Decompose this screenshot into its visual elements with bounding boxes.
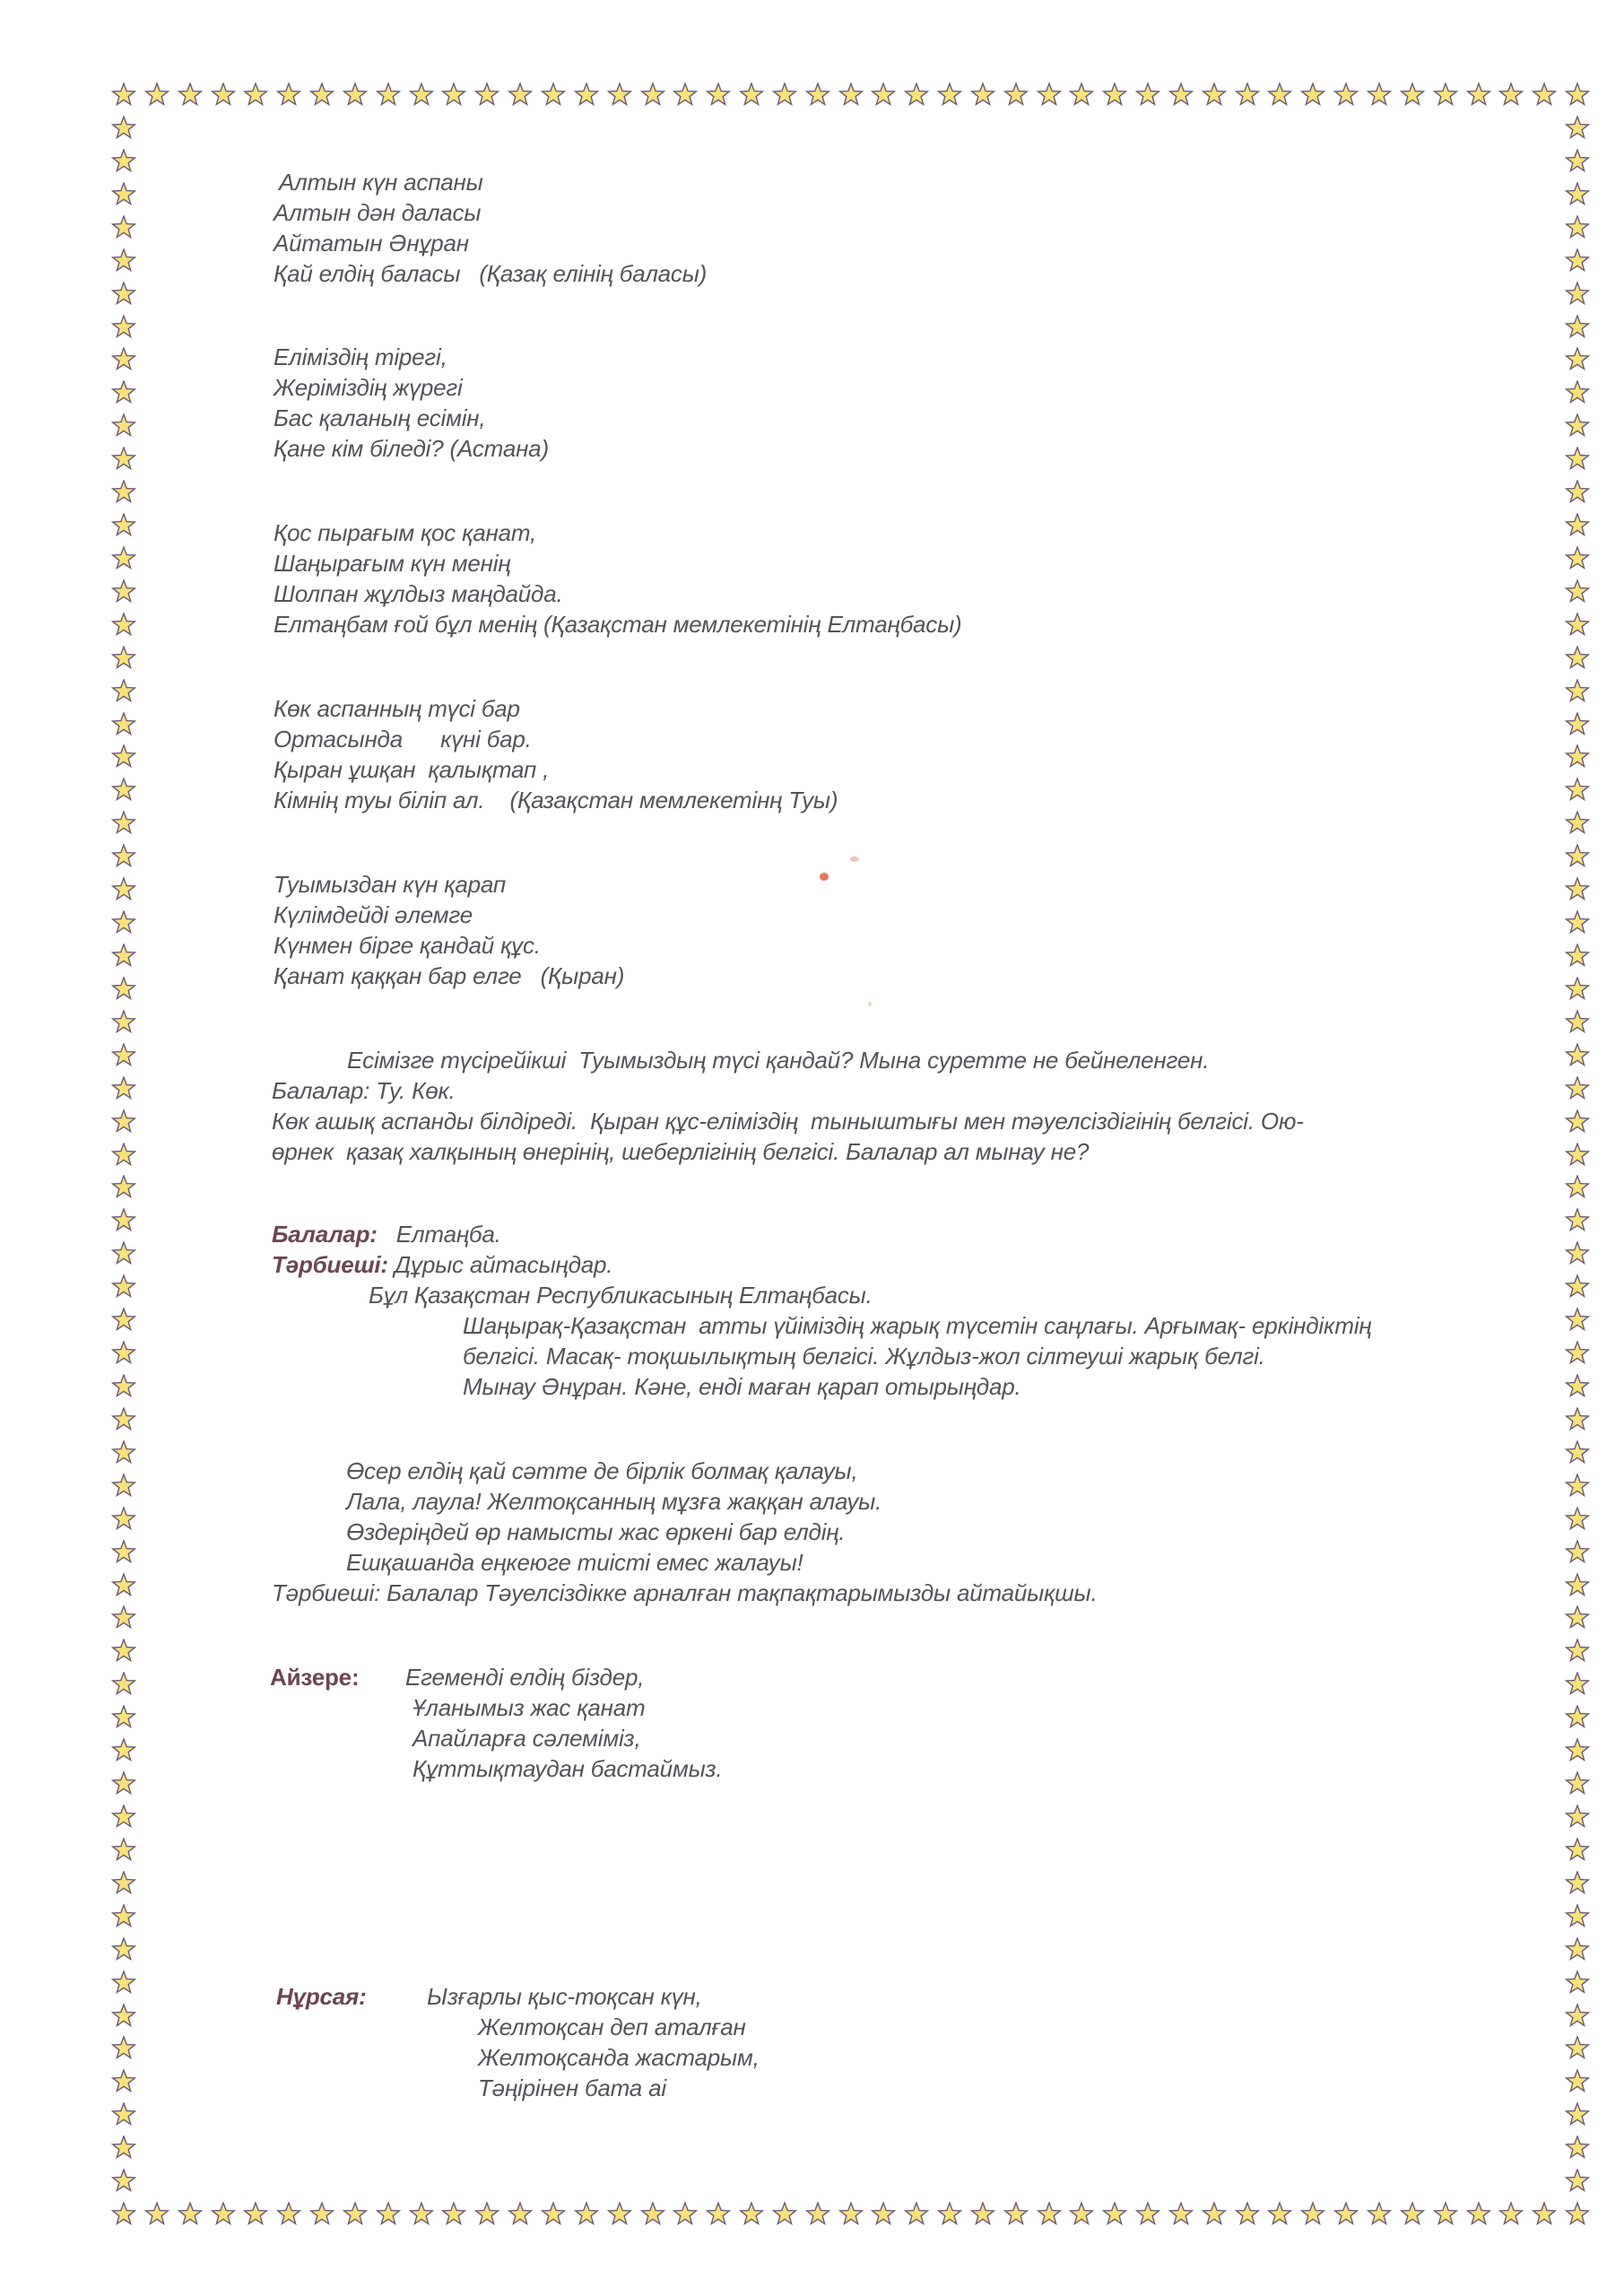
star-icon bbox=[111, 744, 136, 770]
star-icon bbox=[1565, 282, 1590, 307]
star-icon bbox=[111, 1838, 136, 1863]
riddle-line: Алтын күн аспаны bbox=[279, 169, 483, 196]
star-icon bbox=[111, 1605, 136, 1631]
star-icon bbox=[211, 83, 236, 108]
star-icon bbox=[111, 447, 136, 472]
star-icon bbox=[871, 2202, 896, 2227]
dialog-teacher: Тәрбиеші: Дұрыс айтасыңдар. bbox=[272, 1251, 612, 1278]
star-icon bbox=[1565, 679, 1590, 704]
star-icon bbox=[1168, 83, 1194, 108]
star-icon bbox=[1565, 1771, 1590, 1796]
star-icon bbox=[1565, 347, 1590, 372]
star-icon bbox=[1498, 2202, 1524, 2227]
star-icon bbox=[1565, 116, 1590, 141]
star-icon bbox=[111, 877, 136, 902]
star-icon bbox=[1367, 2202, 1392, 2227]
star-icon bbox=[1202, 2202, 1227, 2227]
star-icon bbox=[111, 215, 136, 240]
star-icon bbox=[1565, 613, 1590, 638]
star-icon bbox=[111, 1241, 136, 1266]
star-icon bbox=[1532, 83, 1557, 108]
star-icon bbox=[1565, 910, 1590, 935]
star-icon bbox=[1565, 2036, 1590, 2061]
star-icon bbox=[111, 1904, 136, 1929]
star-icon bbox=[1565, 480, 1590, 505]
star-icon bbox=[1003, 83, 1029, 108]
star-icon bbox=[111, 1308, 136, 1333]
star-icon bbox=[1433, 83, 1458, 108]
star-icon bbox=[111, 282, 136, 307]
star-icon bbox=[1565, 1341, 1590, 1366]
star-icon bbox=[111, 1540, 136, 1565]
star-icon bbox=[1565, 315, 1590, 340]
recitation-line: Егеменді елдің біздер, bbox=[405, 1664, 644, 1691]
star-icon bbox=[1565, 646, 1590, 671]
star-icon bbox=[1565, 1937, 1590, 1962]
star-icon bbox=[376, 83, 401, 108]
star-icon bbox=[1565, 1076, 1590, 1101]
riddle-line: Еліміздің тірегі, bbox=[274, 344, 447, 370]
star-icon bbox=[111, 2004, 136, 2029]
riddle-line: Қай елдің баласы (Қазақ елінің баласы) bbox=[274, 260, 707, 287]
star-icon bbox=[111, 1208, 136, 1233]
star-icon bbox=[343, 83, 368, 108]
star-icon bbox=[111, 347, 136, 372]
recitation-line: Құттықтаудан бастаймыз. bbox=[413, 1755, 722, 1782]
riddle-line: Көк аспанның түсі бар bbox=[274, 695, 520, 722]
star-icon bbox=[1565, 1970, 1590, 1996]
star-icon bbox=[937, 83, 962, 108]
discussion-question: Есімізге түсірейікші Туымыздың түсі қанд… bbox=[347, 1047, 1209, 1074]
star-icon bbox=[1433, 2202, 1458, 2227]
star-icon bbox=[111, 579, 136, 604]
star-icon bbox=[1565, 1540, 1590, 1565]
star-icon bbox=[838, 2202, 864, 2227]
star-icon bbox=[1565, 83, 1590, 108]
star-icon bbox=[706, 83, 731, 108]
star-icon bbox=[111, 149, 136, 174]
star-icon bbox=[1565, 546, 1590, 571]
star-icon bbox=[1565, 2069, 1590, 2094]
star-icon bbox=[409, 2202, 434, 2227]
star-icon bbox=[111, 2036, 136, 2061]
star-icon bbox=[1565, 2135, 1590, 2161]
star-icon bbox=[111, 116, 136, 141]
star-icon bbox=[1565, 1605, 1590, 1631]
star-icon bbox=[409, 83, 434, 108]
star-icon bbox=[243, 83, 268, 108]
riddle-line: Жеріміздің жүрегі bbox=[274, 374, 463, 401]
star-icon bbox=[309, 83, 334, 108]
star-icon bbox=[1498, 83, 1524, 108]
star-icon bbox=[1565, 513, 1590, 538]
speaker-label: Айзере: bbox=[270, 1664, 359, 1691]
star-icon bbox=[343, 2202, 368, 2227]
dialog-line: Бұл Қазақстан Республикасының Елтаңбасы. bbox=[369, 1282, 873, 1309]
star-icon bbox=[1069, 2202, 1094, 2227]
star-icon bbox=[871, 83, 896, 108]
star-icon bbox=[1367, 83, 1392, 108]
riddle-line: Шаңырағым күн менің bbox=[274, 550, 510, 577]
teacher-prompt: Тәрбиеші: Балалар Тәуелсіздікке арналған… bbox=[272, 1579, 1098, 1606]
star-icon bbox=[1565, 1407, 1590, 1432]
star-icon bbox=[1333, 2202, 1359, 2227]
star-icon bbox=[1267, 2202, 1292, 2227]
speaker-label: Нұрсая: bbox=[276, 1983, 367, 2010]
star-icon bbox=[111, 1274, 136, 1300]
star-icon bbox=[574, 83, 599, 108]
star-icon bbox=[111, 1143, 136, 1168]
star-icon bbox=[1135, 2202, 1160, 2227]
dialog-text: Елтаңба. bbox=[396, 1221, 501, 1248]
star-icon bbox=[1565, 1308, 1590, 1333]
dialog-line: белгісі. Масақ- тоқшылықтың белгісі. Жұл… bbox=[463, 1343, 1265, 1370]
star-icon bbox=[111, 1507, 136, 1532]
star-icon bbox=[541, 2202, 566, 2227]
star-icon bbox=[111, 1705, 136, 1730]
star-icon bbox=[376, 2202, 401, 2227]
star-icon bbox=[111, 413, 136, 439]
star-icon bbox=[1565, 1440, 1590, 1465]
riddle-line: Кімнің туы біліп ал. (Қазақстан мемлекет… bbox=[274, 787, 838, 813]
star-icon bbox=[1565, 215, 1590, 240]
star-icon bbox=[1400, 83, 1425, 108]
star-icon bbox=[111, 2135, 136, 2161]
scan-speck bbox=[868, 1002, 872, 1006]
star-icon bbox=[706, 2202, 731, 2227]
star-icon bbox=[1565, 1043, 1590, 1068]
star-icon bbox=[111, 2202, 136, 2227]
star-icon bbox=[607, 83, 632, 108]
star-icon bbox=[772, 2202, 797, 2227]
star-icon bbox=[111, 315, 136, 340]
star-icon bbox=[640, 2202, 665, 2227]
star-icon bbox=[1565, 248, 1590, 274]
star-icon bbox=[1565, 811, 1590, 836]
star-icon bbox=[111, 1010, 136, 1035]
riddle-line: Туымыздан күн қарап bbox=[274, 871, 506, 898]
star-icon bbox=[1300, 2202, 1325, 2227]
star-icon bbox=[111, 2069, 136, 2094]
star-icon bbox=[111, 380, 136, 405]
star-icon bbox=[1565, 1705, 1590, 1730]
star-icon bbox=[111, 1639, 136, 1664]
star-icon bbox=[1003, 2202, 1029, 2227]
speaker-label: Балалар: bbox=[272, 1221, 378, 1248]
star-icon bbox=[111, 480, 136, 505]
star-icon bbox=[1565, 844, 1590, 869]
star-icon bbox=[111, 1771, 136, 1796]
star-icon bbox=[1565, 149, 1590, 174]
star-icon bbox=[1565, 1143, 1590, 1168]
star-icon bbox=[111, 944, 136, 969]
star-icon bbox=[1565, 1738, 1590, 1763]
star-icon bbox=[772, 83, 797, 108]
star-icon bbox=[673, 2202, 698, 2227]
star-icon bbox=[1565, 2202, 1590, 2227]
star-icon bbox=[111, 83, 136, 108]
star-icon bbox=[111, 613, 136, 638]
star-icon bbox=[1565, 447, 1590, 472]
star-icon bbox=[508, 2202, 533, 2227]
star-icon bbox=[111, 646, 136, 671]
star-icon bbox=[111, 1474, 136, 1499]
star-icon bbox=[838, 83, 864, 108]
riddle-line: Елтаңбам ғой бұл менің (Қазақстан мемлек… bbox=[274, 611, 961, 638]
star-icon bbox=[111, 977, 136, 1002]
poem-line: Лала, лаула! Желтоқсанның мұзға жаққан а… bbox=[346, 1488, 881, 1515]
star-icon bbox=[1466, 2202, 1491, 2227]
star-icon bbox=[1400, 2202, 1425, 2227]
poem-line: Өсер елдің қай сәтте де бірлік болмақ қа… bbox=[346, 1457, 858, 1484]
star-icon bbox=[111, 1043, 136, 1068]
riddle-line: Ортасында күні бар. bbox=[274, 726, 532, 752]
star-icon bbox=[970, 83, 995, 108]
recitation-line: Апайларға сәлеміміз, bbox=[413, 1725, 640, 1752]
recitation-line: Тәңірінен бата аі bbox=[478, 2074, 666, 2101]
star-icon bbox=[1565, 877, 1590, 902]
star-icon bbox=[1135, 83, 1160, 108]
star-icon bbox=[111, 1407, 136, 1432]
star-icon bbox=[1466, 83, 1491, 108]
dialog-line: Шаңырақ-Қазақстан атты үйіміздің жарық т… bbox=[463, 1312, 1372, 1339]
riddle-line: Күлімдейді әлемге bbox=[274, 901, 473, 928]
star-icon bbox=[178, 83, 203, 108]
star-icon bbox=[1565, 1904, 1590, 1929]
recitation-line: Желтоқсан деп аталған bbox=[478, 2013, 746, 2040]
recitation-line: Ұланымыз жас қанат bbox=[413, 1694, 645, 1721]
star-icon bbox=[111, 182, 136, 207]
star-icon bbox=[309, 2202, 334, 2227]
star-icon bbox=[111, 1341, 136, 1366]
star-icon bbox=[276, 83, 301, 108]
star-icon bbox=[111, 248, 136, 274]
star-icon bbox=[1532, 2202, 1557, 2227]
star-icon bbox=[1565, 380, 1590, 405]
dialog-text: Дұрыс айтасыңдар. bbox=[395, 1251, 612, 1278]
riddle-line: Шолпан жұлдыз маңдайда. bbox=[274, 580, 562, 607]
star-icon bbox=[243, 2202, 268, 2227]
star-icon bbox=[739, 83, 764, 108]
riddle-line: Күнмен бірге қандай құс. bbox=[274, 932, 541, 959]
poem-line: Өздеріңдей өр намысты жас өркені бар елд… bbox=[346, 1518, 845, 1545]
star-icon bbox=[111, 1440, 136, 1465]
discussion-answer: Балалар: Ту. Көк. bbox=[272, 1077, 456, 1104]
star-icon bbox=[1565, 1805, 1590, 1830]
star-icon bbox=[441, 83, 466, 108]
star-icon bbox=[111, 546, 136, 571]
speaker-label: Тәрбиеші: bbox=[272, 1251, 388, 1278]
star-icon bbox=[1565, 1208, 1590, 1233]
dialog-children: Балалар: Елтаңба. bbox=[272, 1221, 501, 1248]
star-icon bbox=[970, 2202, 995, 2227]
star-icon bbox=[574, 2202, 599, 2227]
star-icon bbox=[441, 2202, 466, 2227]
star-icon bbox=[1565, 1109, 1590, 1135]
star-icon bbox=[1102, 83, 1127, 108]
discussion-explanation: Көк ашық аспанды білдіреді. Қыран құс-ел… bbox=[272, 1108, 1304, 1135]
star-icon bbox=[111, 2102, 136, 2127]
riddle-line: Қыран ұшқан қалықтап , bbox=[274, 756, 549, 783]
discussion-explanation: өрнек қазақ халқының өнерінің, шеберлігі… bbox=[272, 1138, 1089, 1165]
star-icon bbox=[1235, 83, 1260, 108]
star-icon bbox=[276, 2202, 301, 2227]
star-icon bbox=[111, 513, 136, 538]
star-icon bbox=[178, 2202, 203, 2227]
star-icon bbox=[1565, 1175, 1590, 1200]
star-icon bbox=[1565, 1474, 1590, 1499]
star-icon bbox=[1202, 83, 1227, 108]
star-icon bbox=[1565, 1871, 1590, 1896]
star-icon bbox=[111, 679, 136, 704]
star-icon bbox=[1565, 2004, 1590, 2029]
star-icon bbox=[111, 1374, 136, 1399]
star-icon bbox=[111, 1970, 136, 1996]
star-icon bbox=[1565, 944, 1590, 969]
star-icon bbox=[474, 2202, 499, 2227]
star-icon bbox=[1565, 1241, 1590, 1266]
star-icon bbox=[541, 83, 566, 108]
star-icon bbox=[1565, 977, 1590, 1002]
riddle-line: Айтатын Әнұран bbox=[274, 230, 469, 257]
star-icon bbox=[474, 83, 499, 108]
riddle-line: Қане кім біледі? (Астана) bbox=[274, 435, 549, 462]
star-icon bbox=[673, 83, 698, 108]
star-icon bbox=[1565, 2169, 1590, 2194]
star-icon bbox=[1565, 712, 1590, 737]
star-icon bbox=[1565, 2102, 1590, 2127]
star-icon bbox=[111, 1871, 136, 1896]
star-icon bbox=[1565, 1838, 1590, 1863]
star-icon bbox=[111, 910, 136, 935]
star-icon bbox=[1565, 1672, 1590, 1697]
star-icon bbox=[739, 2202, 764, 2227]
star-icon bbox=[904, 83, 929, 108]
riddle-line: Алтын дән даласы bbox=[274, 199, 481, 226]
star-icon bbox=[111, 2169, 136, 2194]
star-icon bbox=[1267, 83, 1292, 108]
star-icon bbox=[1565, 1374, 1590, 1399]
star-icon bbox=[111, 1109, 136, 1135]
star-icon bbox=[1565, 182, 1590, 207]
star-icon bbox=[1565, 744, 1590, 770]
star-icon bbox=[111, 712, 136, 737]
star-icon bbox=[144, 83, 169, 108]
star-icon bbox=[805, 83, 830, 108]
star-icon bbox=[607, 2202, 632, 2227]
star-icon bbox=[1102, 2202, 1127, 2227]
star-icon bbox=[1565, 1507, 1590, 1532]
star-icon bbox=[904, 2202, 929, 2227]
recitation-line: Ызғарлы қыс-тоқсан күн, bbox=[427, 1983, 702, 2010]
star-icon bbox=[1565, 1573, 1590, 1598]
riddle-line: Қанат қаққан бар елге (Қыран) bbox=[274, 962, 624, 989]
star-icon bbox=[144, 2202, 169, 2227]
riddle-line: Бас қаланың есімін, bbox=[274, 404, 485, 431]
star-icon bbox=[1565, 1274, 1590, 1300]
star-icon bbox=[1037, 83, 1062, 108]
star-icon bbox=[111, 1573, 136, 1598]
scan-speck bbox=[850, 857, 859, 862]
star-icon bbox=[111, 1076, 136, 1101]
star-icon bbox=[1333, 83, 1359, 108]
star-icon bbox=[111, 1937, 136, 1962]
star-icon bbox=[508, 83, 533, 108]
poem-line: Ешқашанда еңкеюге тиісті емес жалауы! bbox=[346, 1549, 803, 1576]
star-icon bbox=[111, 844, 136, 869]
riddle-line: Қос пырағым қос қанат, bbox=[274, 519, 536, 546]
star-icon bbox=[111, 1805, 136, 1830]
star-icon bbox=[111, 1175, 136, 1200]
recitation-line: Желтоқсанда жастарым, bbox=[478, 2044, 760, 2071]
star-icon bbox=[1037, 2202, 1062, 2227]
star-icon bbox=[1235, 2202, 1260, 2227]
star-icon bbox=[111, 778, 136, 803]
star-icon bbox=[1565, 579, 1590, 604]
star-icon bbox=[1565, 1639, 1590, 1664]
star-icon bbox=[640, 83, 665, 108]
star-icon bbox=[1300, 83, 1325, 108]
star-icon bbox=[937, 2202, 962, 2227]
scan-speck bbox=[820, 873, 829, 881]
star-icon bbox=[1168, 2202, 1194, 2227]
star-icon bbox=[1565, 778, 1590, 803]
dialog-line: Мынау Әнұран. Кәне, енді маған қарап оты… bbox=[463, 1373, 1021, 1400]
star-icon bbox=[111, 1738, 136, 1763]
star-icon bbox=[211, 2202, 236, 2227]
star-icon bbox=[1565, 413, 1590, 439]
star-icon bbox=[111, 811, 136, 836]
star-icon bbox=[1565, 1010, 1590, 1035]
star-icon bbox=[111, 1672, 136, 1697]
star-icon bbox=[805, 2202, 830, 2227]
star-icon bbox=[1069, 83, 1094, 108]
